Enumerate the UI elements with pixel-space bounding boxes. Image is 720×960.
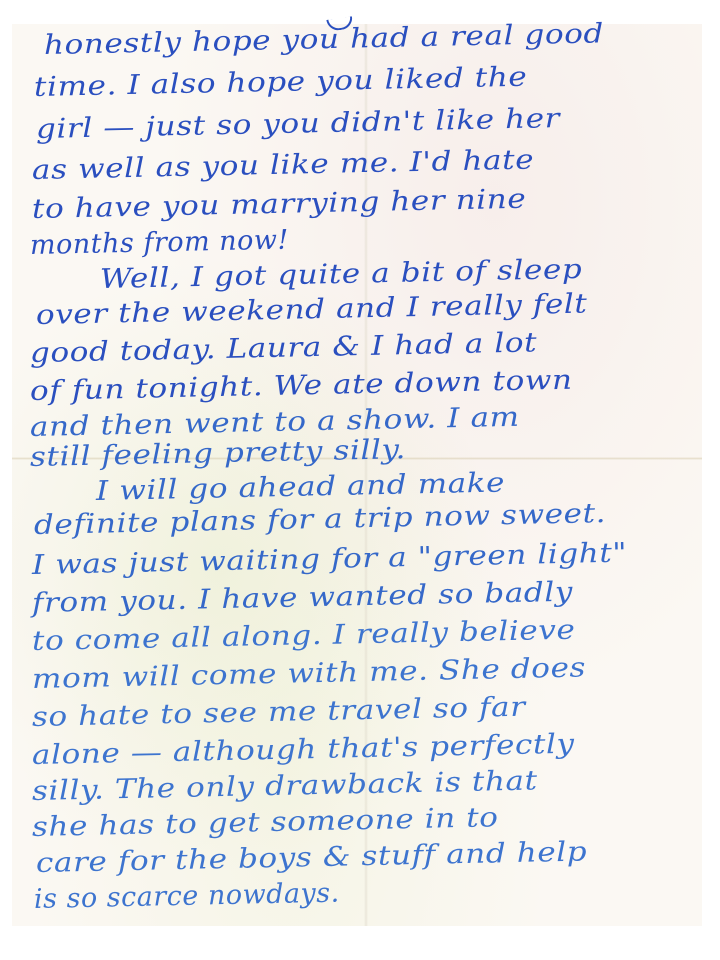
letter-line: is so scarce nowdays. bbox=[34, 878, 340, 915]
letter-line: months from now! bbox=[30, 225, 289, 261]
